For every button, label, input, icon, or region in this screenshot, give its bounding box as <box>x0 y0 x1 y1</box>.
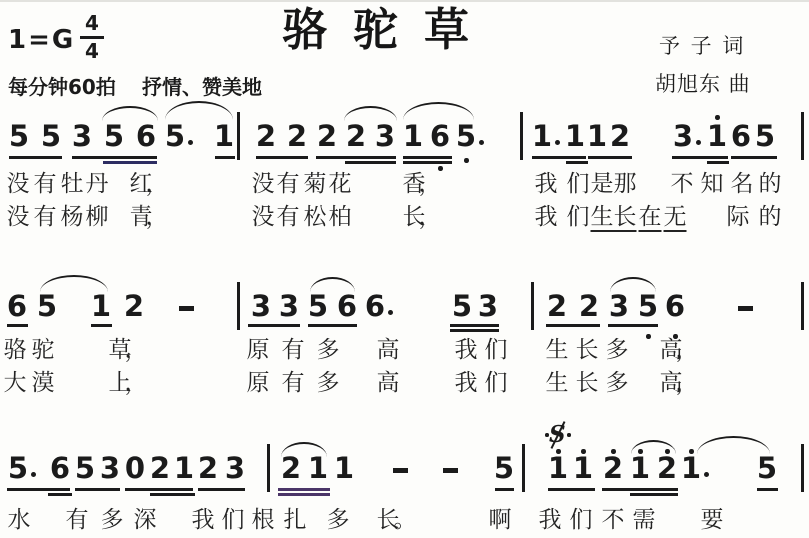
lyric-syllable: 们 <box>222 508 245 532</box>
lyric-syllable: 需 <box>633 508 656 532</box>
barline <box>237 282 240 330</box>
lyric-syllable: 没 <box>7 172 30 196</box>
note: 5 <box>308 291 328 321</box>
note: 5 <box>41 121 61 151</box>
note: 6 <box>665 291 685 321</box>
note: 6 <box>50 453 70 483</box>
beam-line <box>308 324 357 327</box>
lyric-syllable: 有 <box>277 205 300 229</box>
slur-arc <box>631 440 676 454</box>
lyric-syllable: 扎 <box>284 508 307 532</box>
beam-line <box>278 488 330 491</box>
beam-line <box>75 488 120 491</box>
octave-dot-above <box>611 449 616 454</box>
beam-line <box>9 156 62 159</box>
note: 3 <box>100 453 120 483</box>
beam-line <box>7 324 28 327</box>
note: 1 <box>630 453 650 483</box>
lyric-syllable: 们 <box>567 205 590 229</box>
note: 3 <box>478 291 498 321</box>
note: 2 <box>579 291 599 321</box>
note: 3 <box>279 291 299 321</box>
lyric-syllable: 们 <box>570 508 593 532</box>
note: 1 <box>548 453 568 483</box>
note: 2 <box>198 453 218 483</box>
note: 6 <box>7 291 27 321</box>
lyric-syllable: 长 <box>614 205 637 232</box>
duration-dot <box>479 140 484 145</box>
lyric-syllable: 我 <box>535 172 558 196</box>
note: 5 <box>755 121 775 151</box>
note: 2 <box>317 121 337 151</box>
note: 6 <box>430 121 450 151</box>
lyric-syllable: 漠 <box>32 371 55 395</box>
lyric-syllable: 牡 <box>61 172 84 196</box>
lyric-syllable: 长 <box>576 371 599 395</box>
lyric-syllable: 原 <box>247 338 270 362</box>
lyric-syllable: 是 <box>591 172 614 196</box>
lyric-syllable: 际 <box>727 205 750 229</box>
lyric-syllable: 那 <box>614 172 637 196</box>
barline <box>520 112 523 160</box>
note: 5 <box>757 453 777 483</box>
dash-note <box>393 468 408 473</box>
slur-arc <box>165 101 233 120</box>
beam-line <box>548 488 595 491</box>
note: 1 <box>308 453 328 483</box>
lyric-syllable: 水 <box>8 508 31 532</box>
beam-line <box>48 493 72 496</box>
slur-arc <box>281 442 327 457</box>
beam-line <box>256 156 308 159</box>
note: 1 <box>214 121 234 151</box>
beam-line <box>7 488 70 491</box>
lyric-syllable: 有 <box>282 338 305 362</box>
dash-note <box>738 306 753 311</box>
lyric-syllable: 无 <box>664 205 687 232</box>
lyric-syllable: 多 <box>606 371 629 395</box>
lyric-syllable: 生 <box>591 205 614 232</box>
note: 2 <box>657 453 677 483</box>
note: 5 <box>37 291 57 321</box>
note: 5 <box>456 121 476 151</box>
lyric-syllable: 高 <box>377 338 400 362</box>
lyric-syllable: 多 <box>317 371 340 395</box>
beam-line <box>630 493 678 496</box>
lyric-syllable: 生 <box>546 338 569 362</box>
octave-dot-above <box>715 115 720 120</box>
note: 6 <box>731 121 751 151</box>
note: 1 <box>587 121 607 151</box>
lyric-syllable: 驼 <box>32 338 55 362</box>
slur-arc <box>310 277 355 292</box>
lyric-syllable: 知 <box>701 172 724 196</box>
beam-line <box>588 156 632 159</box>
octave-dot-above <box>689 449 694 454</box>
lyric-syllable: 菊 <box>304 172 327 196</box>
lyric-syllable: 长 <box>576 338 599 362</box>
dash-note <box>179 306 194 311</box>
lyric-syllable: 柳 <box>86 205 109 229</box>
beam-line <box>198 488 245 491</box>
lyric-syllable: 我 <box>455 371 478 395</box>
note: 1 <box>707 121 727 151</box>
lyric-syllable: 我 <box>192 508 215 532</box>
note: 1 <box>403 121 423 151</box>
slur-arc <box>610 277 656 292</box>
beam-line <box>403 161 452 164</box>
beam-line <box>707 161 729 164</box>
slur-arc <box>40 275 108 292</box>
sheet-music-page: 1=G 4 4 骆驼草 每分钟60拍 抒情、赞美地 予 子 词 胡旭东 曲 55… <box>0 0 809 538</box>
barline <box>522 444 525 492</box>
note: 5 <box>75 453 95 483</box>
lyric-syllable: 多 <box>101 508 124 532</box>
lyric-syllable: 我 <box>455 338 478 362</box>
slur-arc <box>344 106 397 121</box>
lyric-syllable: 根 <box>252 508 275 532</box>
lyric-syllable: 们 <box>485 338 508 362</box>
note: 0 <box>125 453 145 483</box>
lyric-syllable: 生 <box>546 371 569 395</box>
lyric-syllable: 在 <box>639 205 662 232</box>
beam-line <box>150 493 195 496</box>
lyric-syllable: 啊 <box>489 508 512 532</box>
note: 1 <box>681 453 701 483</box>
beam-line <box>546 324 600 327</box>
slur-arc <box>403 102 474 120</box>
beam-line <box>672 156 728 159</box>
barline <box>801 444 804 492</box>
beam-line <box>403 156 452 159</box>
duration-dot <box>188 140 193 145</box>
beam-line <box>532 156 586 159</box>
note: 5 <box>9 121 29 151</box>
barline <box>237 112 240 160</box>
note: 2 <box>610 121 630 151</box>
octave-dot-below <box>438 166 443 171</box>
duration-dot <box>31 472 36 477</box>
lyric-syllable: 不 <box>602 508 625 532</box>
lyric-syllable: 多 <box>317 338 340 362</box>
lyric-syllable: 多 <box>606 338 629 362</box>
note: 2 <box>256 121 276 151</box>
note: 1 <box>532 121 552 151</box>
dash-note <box>443 468 458 473</box>
lyric-syllable: 有 <box>34 172 57 196</box>
beam-line <box>757 488 778 491</box>
beam-line <box>495 488 514 491</box>
note: 1 <box>174 453 194 483</box>
beam-line <box>602 488 678 491</box>
note: 2 <box>547 291 567 321</box>
lyric-syllable: ， <box>419 172 442 196</box>
lyric-syllable: 没 <box>252 172 275 196</box>
beam-line <box>345 161 396 164</box>
segno-icon: S <box>547 422 569 449</box>
note: 2 <box>281 453 301 483</box>
lyric-syllable: 我 <box>535 205 558 229</box>
beam-line <box>72 156 157 159</box>
beam-line <box>278 493 330 496</box>
lyric-syllable: 们 <box>567 172 590 196</box>
lyric-syllable: 花 <box>329 172 352 196</box>
lyric-syllable: 有 <box>66 508 89 532</box>
lyric-syllable: 有 <box>277 172 300 196</box>
lyric-syllable: 有 <box>282 371 305 395</box>
lyric-syllable: 骆 <box>4 338 27 362</box>
note: 1 <box>573 453 593 483</box>
note: 3 <box>251 291 271 321</box>
beam-line <box>731 156 777 159</box>
lyric-syllable: 我 <box>539 508 562 532</box>
barline <box>801 112 804 160</box>
lyric-syllable: 杨 <box>61 205 84 229</box>
duration-dot <box>388 310 393 315</box>
note: 5 <box>452 291 472 321</box>
note: 5 <box>494 453 514 483</box>
note: 5 <box>8 453 28 483</box>
slur-arc <box>697 436 770 454</box>
note: 1 <box>565 121 585 151</box>
note: 6 <box>337 291 357 321</box>
lyric-syllable: 们 <box>485 371 508 395</box>
lyric-syllable: 原 <box>247 371 270 395</box>
beam-line <box>91 324 112 327</box>
duration-dot <box>704 472 709 477</box>
beam-line <box>566 161 588 164</box>
barline <box>531 282 534 330</box>
lyric-syllable: 高 <box>377 371 400 395</box>
beam-line <box>316 156 396 159</box>
duration-dot <box>555 140 560 145</box>
octave-dot-below <box>464 158 469 163</box>
note: 2 <box>124 291 144 321</box>
lyric-syllable: 深 <box>134 508 157 532</box>
duration-dot <box>696 140 701 145</box>
lyric-syllable: 有 <box>34 205 57 229</box>
lyric-syllable: ， <box>125 338 148 362</box>
slur-arc <box>102 106 158 121</box>
lyric-syllable: 没 <box>7 205 30 229</box>
note: 3 <box>375 121 395 151</box>
lyric-syllable: ， <box>676 371 699 395</box>
lyric-syllable: 柏 <box>329 205 352 229</box>
lyric-syllable: 要 <box>701 508 724 532</box>
lyric-syllable: 名 <box>731 172 754 196</box>
note: 3 <box>72 121 92 151</box>
lyric-syllable: 没 <box>252 205 275 229</box>
note: 6 <box>136 121 156 151</box>
beam-line <box>125 488 193 491</box>
lyric-syllable: 多 <box>327 508 350 532</box>
note: 2 <box>603 453 623 483</box>
note: 5 <box>104 121 124 151</box>
lyric-syllable: ， <box>125 371 148 395</box>
octave-dot-above <box>556 449 561 454</box>
score: 55356512222316511123165没有牡丹红，没有菊花香，我们是那不… <box>0 2 809 538</box>
lyric-syllable: 不 <box>671 172 694 196</box>
beam-line <box>608 324 658 327</box>
note: 5 <box>165 121 185 151</box>
note: 5 <box>638 291 658 321</box>
note: 3 <box>609 291 629 321</box>
lyric-syllable: 丹 <box>86 172 109 196</box>
note: 1 <box>91 291 111 321</box>
beam-line <box>103 161 157 164</box>
note: 2 <box>150 453 170 483</box>
octave-dot-below <box>646 334 651 339</box>
beam-line <box>450 324 499 327</box>
beam-line <box>450 329 499 332</box>
note: 2 <box>346 121 366 151</box>
note: 1 <box>334 453 354 483</box>
lyric-syllable: ， <box>146 205 169 229</box>
barline <box>801 282 804 330</box>
octave-dot-above <box>581 449 586 454</box>
lyric-syllable: 的 <box>759 205 782 229</box>
lyric-syllable: 的 <box>759 172 782 196</box>
lyric-syllable: ， <box>146 172 169 196</box>
lyric-syllable: 。 <box>394 508 417 532</box>
barline <box>267 444 270 492</box>
note: 6 <box>365 291 385 321</box>
lyric-syllable: ， <box>419 205 442 229</box>
beam-line <box>248 324 300 327</box>
lyric-syllable: 大 <box>4 371 27 395</box>
note: 3 <box>673 121 693 151</box>
note: 2 <box>287 121 307 151</box>
note: 3 <box>225 453 245 483</box>
lyric-syllable: 松 <box>304 205 327 229</box>
beam-line <box>215 156 235 159</box>
lyric-syllable: ， <box>676 338 699 362</box>
